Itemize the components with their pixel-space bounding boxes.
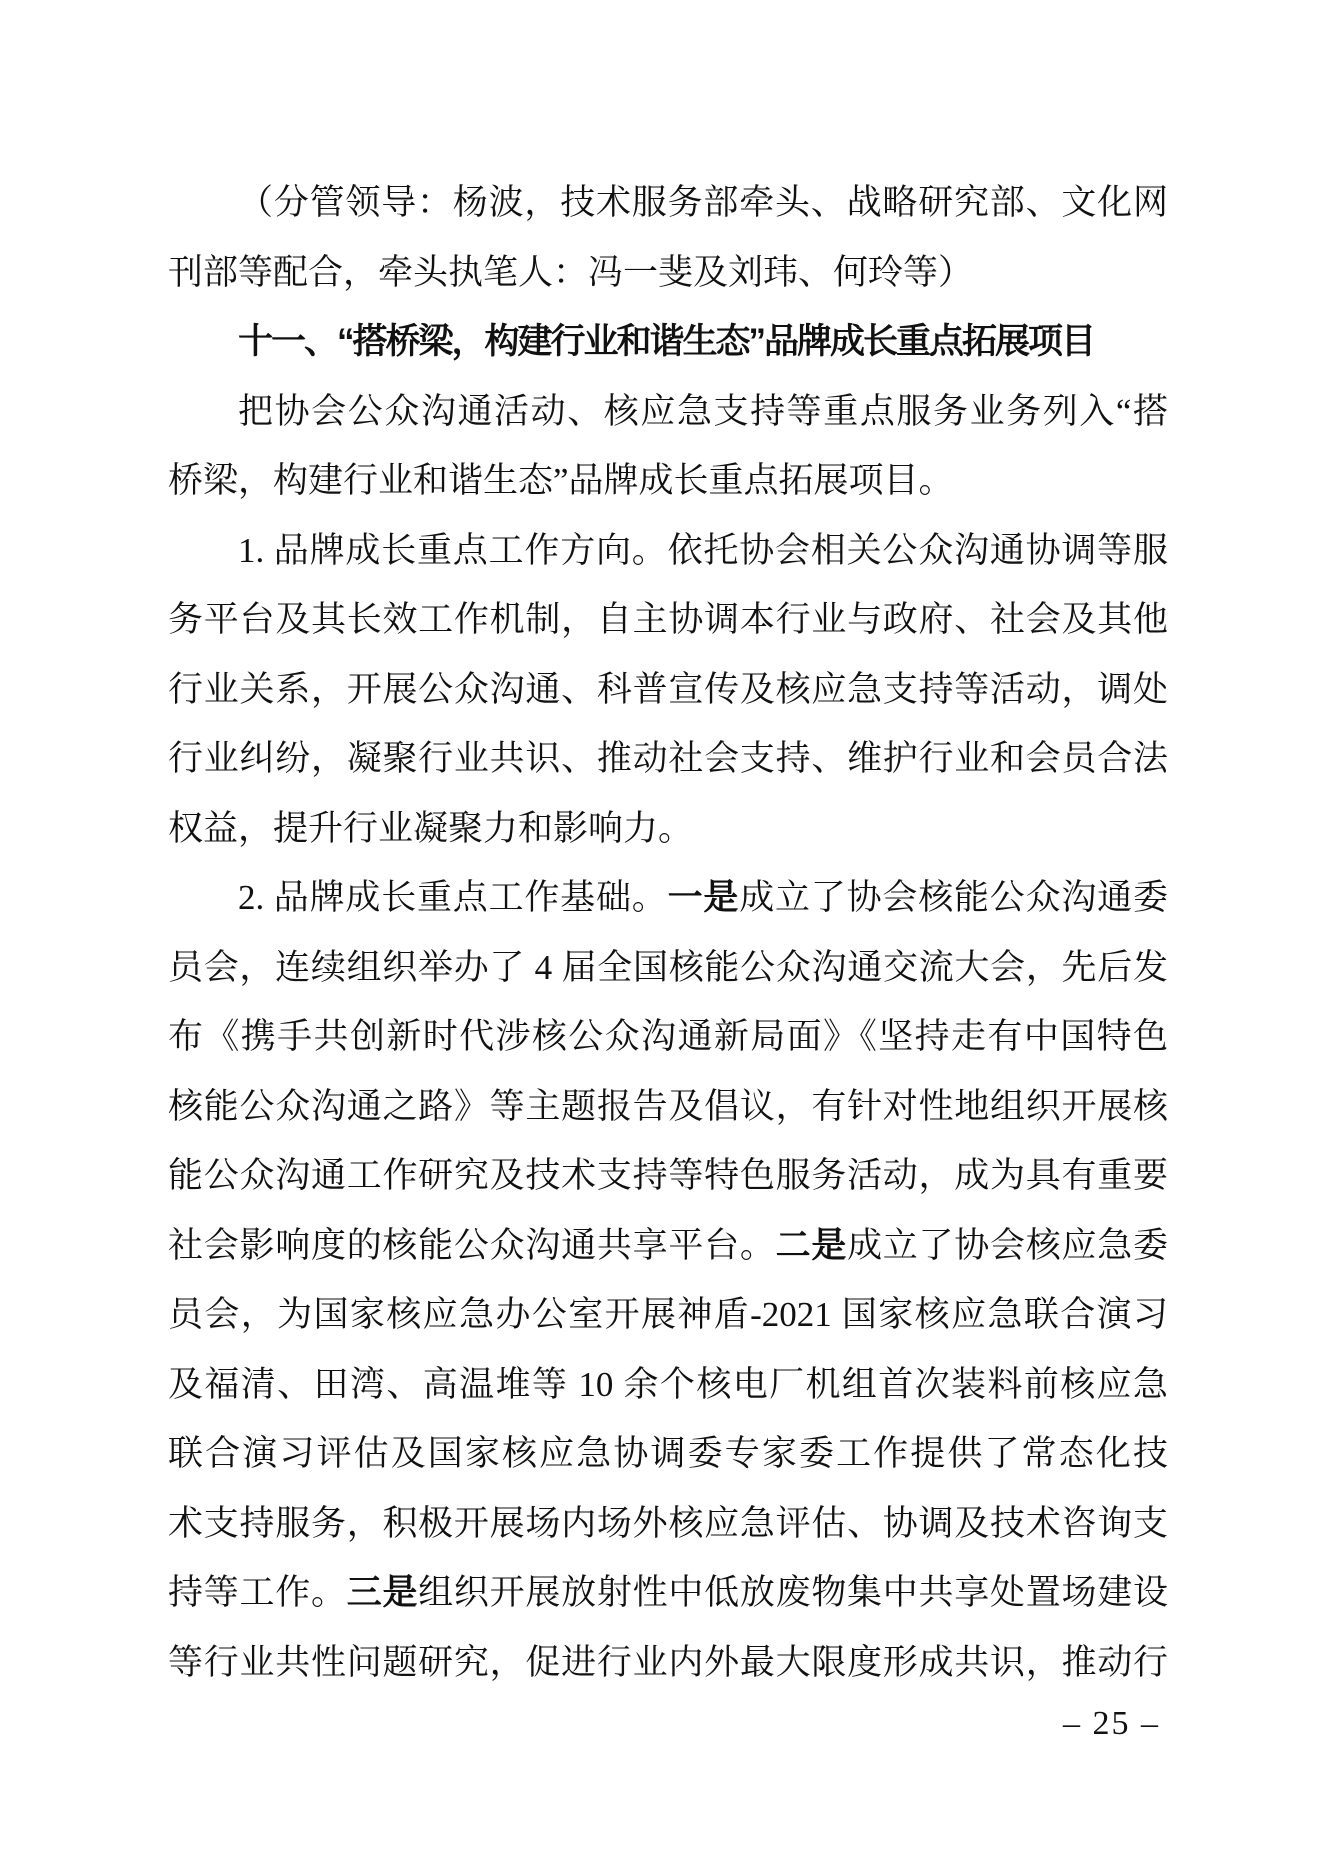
text-line: 权益，提升行业凝聚力和影响力。 — [168, 794, 1168, 864]
text-line: 术支持服务，积极开展场内场外核应急评估、协调及技术咨询支 — [168, 1489, 1168, 1559]
text-segment: （分管领导：杨波，技术服务部牵头、战略研究部、文化网 — [238, 183, 1168, 222]
text-segment: 2. 品牌成长重点工作基础。 — [238, 878, 668, 917]
text-line: 桥梁，构建行业和谐生态”品牌成长重点拓展项目。 — [168, 446, 1168, 516]
text-line: 员会，为国家核应急办公室开展神盾-2021 国家核应急联合演习 — [168, 1280, 1168, 1350]
text-line: 核能公众沟通之路》等主题报告及倡议，有针对性地组织开展核 — [168, 1072, 1168, 1142]
text-segment: 把协会公众沟通活动、核应急支持等重点服务业务列入“搭 — [238, 392, 1168, 431]
text-segment: 员会，连续组织举办了 4 届全国核能公众沟通交流大会，先后发 — [168, 948, 1168, 987]
text-line: 及福清、田湾、高温堆等 10 余个核电厂机组首次装料前核应急 — [168, 1350, 1168, 1420]
text-segment: 行业关系，开展公众沟通、科普宣传及核应急支持等活动，调处 — [168, 670, 1168, 709]
page-number: – 25 – — [1063, 1702, 1160, 1746]
text-line: 行业纠纷，凝聚行业共识、推动社会支持、维护行业和会员合法 — [168, 724, 1168, 794]
text-segment: 术支持服务，积极开展场内场外核应急评估、协调及技术咨询支 — [168, 1504, 1168, 1543]
text-line: 行业关系，开展公众沟通、科普宣传及核应急支持等活动，调处 — [168, 655, 1168, 725]
text-segment: 组织开展放射性中低放废物集中共享处置场建设 — [418, 1573, 1168, 1612]
text-segment: 务平台及其长效工作机制，自主协调本行业与政府、社会及其他 — [168, 600, 1168, 639]
text-line: 2. 品牌成长重点工作基础。一是成立了协会核能公众沟通委 — [168, 863, 1168, 933]
text-segment: 及福清、田湾、高温堆等 10 余个核电厂机组首次装料前核应急 — [168, 1365, 1168, 1404]
text-line: 社会影响度的核能公众沟通共享平台。二是成立了协会核应急委 — [168, 1211, 1168, 1281]
text-segment: 三是 — [347, 1573, 418, 1612]
text-line: 1. 品牌成长重点工作方向。依托协会相关公众沟通协调等服 — [168, 516, 1168, 586]
text-segment: 员会，为国家核应急办公室开展神盾-2021 国家核应急联合演习 — [168, 1295, 1168, 1334]
text-segment: 二是 — [776, 1226, 847, 1265]
text-line: 员会，连续组织举办了 4 届全国核能公众沟通交流大会，先后发 — [168, 933, 1168, 1003]
text-segment: 刊部等配合，牵头执笔人：冯一斐及刘玮、何玲等） — [168, 253, 973, 292]
text-line: 布《携手共创新时代涉核公众沟通新局面》《坚持走有中国特色 — [168, 1002, 1168, 1072]
text-segment: 联合演习评估及国家核应急协调委专家委工作提供了常态化技 — [168, 1434, 1168, 1473]
text-segment: 等行业共性问题研究，促进行业内外最大限度形成共识，推动行 — [168, 1643, 1168, 1682]
text-line: 把协会公众沟通活动、核应急支持等重点服务业务列入“搭 — [168, 377, 1168, 447]
text-segment: 十一、“搭桥梁，构建行业和谐生态”品牌成长重点拓展项目 — [238, 322, 1094, 361]
text-line: 联合演习评估及国家核应急协调委专家委工作提供了常态化技 — [168, 1419, 1168, 1489]
text-segment: 核能公众沟通之路》等主题报告及倡议，有针对性地组织开展核 — [168, 1087, 1168, 1126]
text-segment: 社会影响度的核能公众沟通共享平台。 — [168, 1226, 776, 1265]
text-segment: 行业纠纷，凝聚行业共识、推动社会支持、维护行业和会员合法 — [168, 739, 1168, 778]
text-segment: 成立了协会核应急委 — [847, 1226, 1168, 1265]
text-segment: 成立了协会核能公众沟通委 — [739, 878, 1168, 917]
text-segment: 持等工作。 — [168, 1573, 347, 1612]
text-line: 持等工作。三是组织开展放射性中低放废物集中共享处置场建设 — [168, 1558, 1168, 1628]
text-segment: 桥梁，构建行业和谐生态”品牌成长重点拓展项目。 — [168, 461, 954, 500]
text-line: 务平台及其长效工作机制，自主协调本行业与政府、社会及其他 — [168, 585, 1168, 655]
text-segment: 权益，提升行业凝聚力和影响力。 — [168, 809, 693, 848]
text-line: 等行业共性问题研究，促进行业内外最大限度形成共识，推动行 — [168, 1628, 1168, 1698]
text-segment: 1. 品牌成长重点工作方向。依托协会相关公众沟通协调等服 — [238, 531, 1168, 570]
document-body: （分管领导：杨波，技术服务部牵头、战略研究部、文化网刊部等配合，牵头执笔人：冯一… — [168, 168, 1168, 1697]
text-segment: 能公众沟通工作研究及技术支持等特色服务活动，成为具有重要 — [168, 1156, 1168, 1195]
document-page: （分管领导：杨波，技术服务部牵头、战略研究部、文化网刊部等配合，牵头执笔人：冯一… — [0, 0, 1323, 1871]
text-segment: 布《携手共创新时代涉核公众沟通新局面》《坚持走有中国特色 — [168, 1017, 1168, 1056]
text-line: （分管领导：杨波，技术服务部牵头、战略研究部、文化网 — [168, 168, 1168, 238]
heading-line: 十一、“搭桥梁，构建行业和谐生态”品牌成长重点拓展项目 — [168, 307, 1168, 377]
text-segment: 一是 — [668, 878, 740, 917]
text-line: 能公众沟通工作研究及技术支持等特色服务活动，成为具有重要 — [168, 1141, 1168, 1211]
text-line: 刊部等配合，牵头执笔人：冯一斐及刘玮、何玲等） — [168, 238, 1168, 308]
